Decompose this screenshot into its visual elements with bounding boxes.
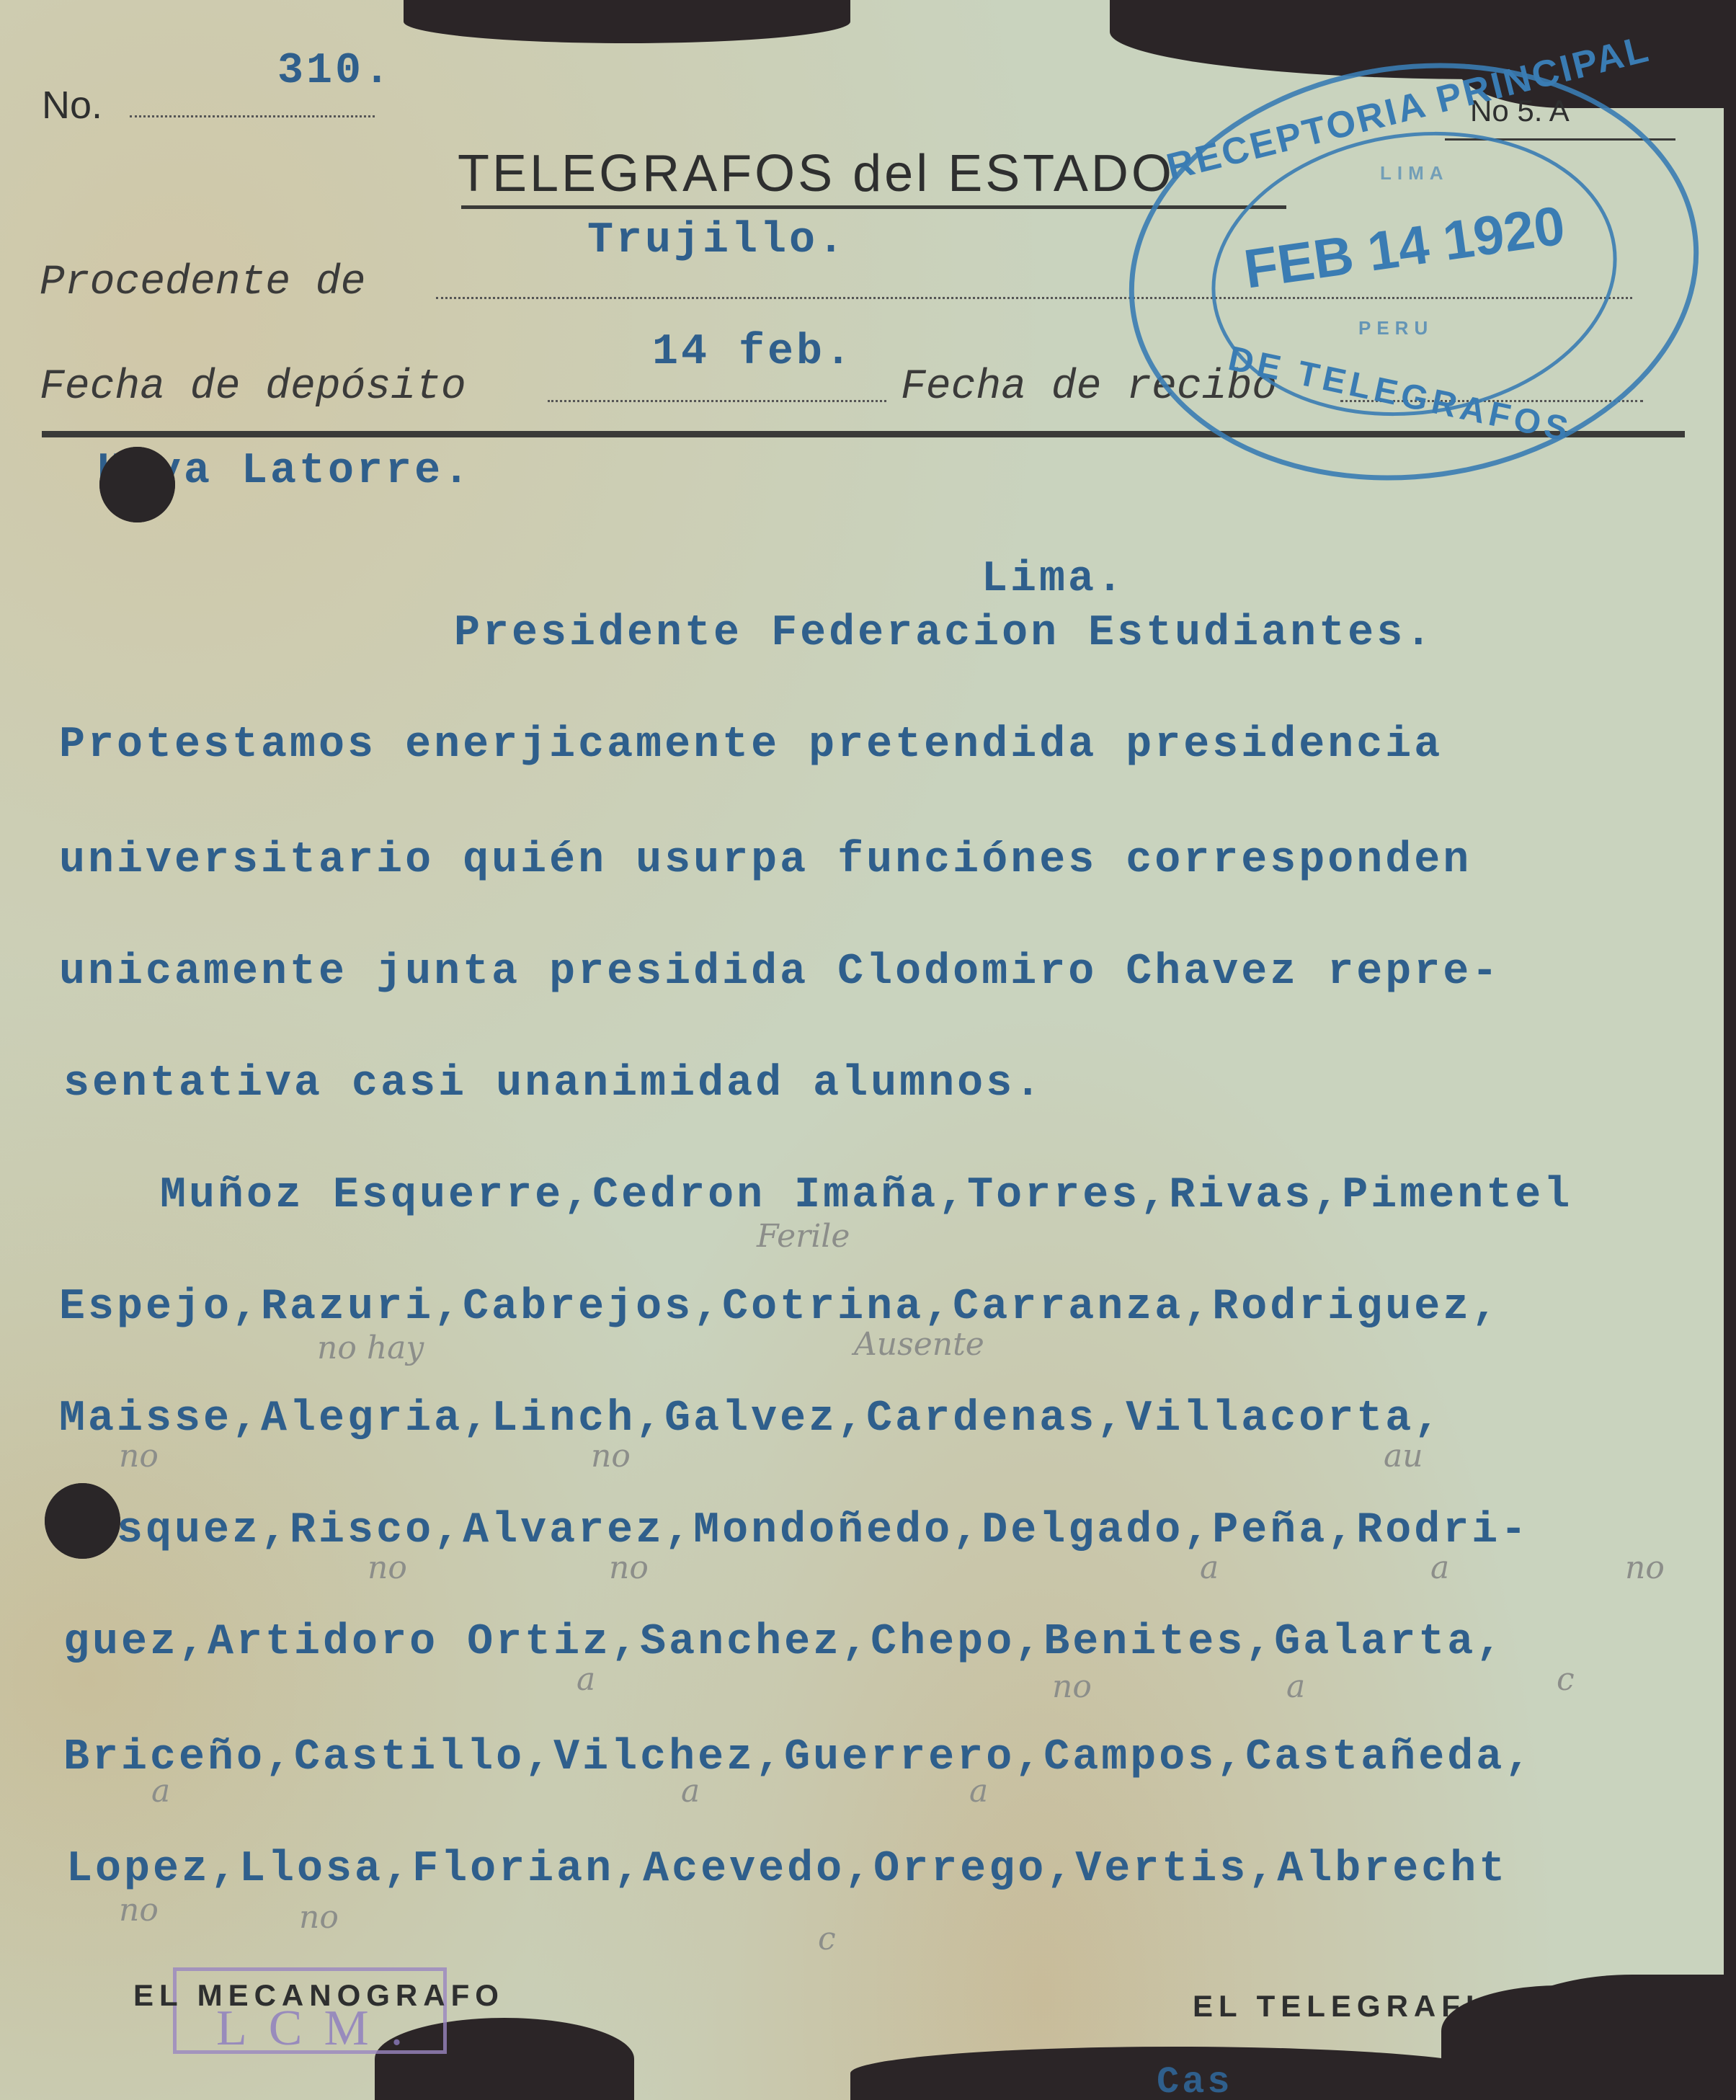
punch-hole-cover xyxy=(99,447,175,522)
punch-hole-bottom-cover xyxy=(45,1483,120,1559)
pencil-note: no xyxy=(299,1899,339,1936)
telegraphist-signature: Cas xyxy=(1157,2061,1233,2100)
typist-label: EL MECANOGRAFO xyxy=(133,1978,504,2013)
pencil-note: Ferile xyxy=(757,1218,850,1255)
signatories-line: Maisse,Alegria,Linch,Galvez,Cardenas,Vil… xyxy=(59,1394,1443,1443)
stamp-inner-bottom: PERU xyxy=(1358,317,1433,339)
torn-edge-footer-right xyxy=(1441,1985,1736,2100)
pencil-note: no xyxy=(119,1892,159,1928)
addressee-position: Presidente Federacion Estudiantes. xyxy=(454,609,1434,658)
pencil-note: c xyxy=(1557,1661,1575,1698)
body-line: universitario quién usurpa funciónes cor… xyxy=(59,836,1472,885)
deposit-date-label: Fecha de depósito xyxy=(40,364,466,411)
telegram-sheet: No. 310. No 5. A TELEGRAFOS del ESTADO T… xyxy=(0,0,1736,2100)
pencil-note: a xyxy=(969,1773,988,1810)
pencil-note: no hay xyxy=(317,1330,424,1366)
signatories-line: Espejo,Razuri,Cabrejos,Cotrina,Carranza,… xyxy=(59,1283,1500,1332)
pencil-note: a xyxy=(1430,1549,1449,1586)
number-label: No. xyxy=(42,83,102,128)
pencil-note: no xyxy=(1052,1668,1092,1705)
body-line: Protestamos enerjicamente pretendida pre… xyxy=(59,721,1443,770)
body-line: unicamente junta presidida Clodomiro Cha… xyxy=(59,948,1500,997)
origin-label: Procedente de xyxy=(40,259,365,306)
deposit-dotted-line xyxy=(548,400,886,402)
pencil-note: Ausente xyxy=(854,1326,984,1363)
pencil-note: a xyxy=(681,1773,700,1810)
deposit-date-value: 14 feb. xyxy=(652,328,854,377)
number-dotted-line xyxy=(130,115,375,117)
torn-edge-top xyxy=(404,0,850,43)
body-line: sentativa casi unanimidad alumnos. xyxy=(63,1059,1043,1108)
torn-edge-right xyxy=(1724,108,1736,1982)
stamp-inner-top: LIMA xyxy=(1380,162,1449,184)
pencil-note: no xyxy=(119,1438,159,1474)
pencil-note: no xyxy=(1625,1549,1665,1586)
pencil-note: a xyxy=(1200,1549,1219,1586)
form-title: TELEGRAFOS del ESTADO xyxy=(458,144,1175,203)
pencil-note: no xyxy=(591,1438,631,1474)
signatories-line: Muñoz Esquerre,Cedron Imaña,Torres,Rivas… xyxy=(160,1171,1572,1220)
origin-value: Trujillo. xyxy=(587,216,847,265)
addressee-city: Lima. xyxy=(981,555,1126,604)
pencil-note: au xyxy=(1384,1438,1423,1474)
signatories-line: Briceño,Castillo,Vilchez,Guerrero,Campos… xyxy=(63,1733,1534,1782)
number-value: 310. xyxy=(277,47,393,96)
pencil-note: a xyxy=(1286,1668,1305,1705)
pencil-note: a xyxy=(151,1773,170,1810)
pencil-note: no xyxy=(368,1549,407,1586)
signatories-line: Lopez,Llosa,Florian,Acevedo,Orrego,Verti… xyxy=(66,1845,1508,1894)
pencil-note: no xyxy=(609,1549,649,1586)
signatories-line: guez,Artidoro Ortiz,Sanchez,Chepo,Benite… xyxy=(63,1618,1505,1667)
pencil-note: c xyxy=(818,1921,836,1957)
pencil-note: a xyxy=(577,1661,595,1698)
signatories-line: Vasquez,Risco,Alvarez,Mondoñedo,Delgado,… xyxy=(59,1506,1529,1555)
